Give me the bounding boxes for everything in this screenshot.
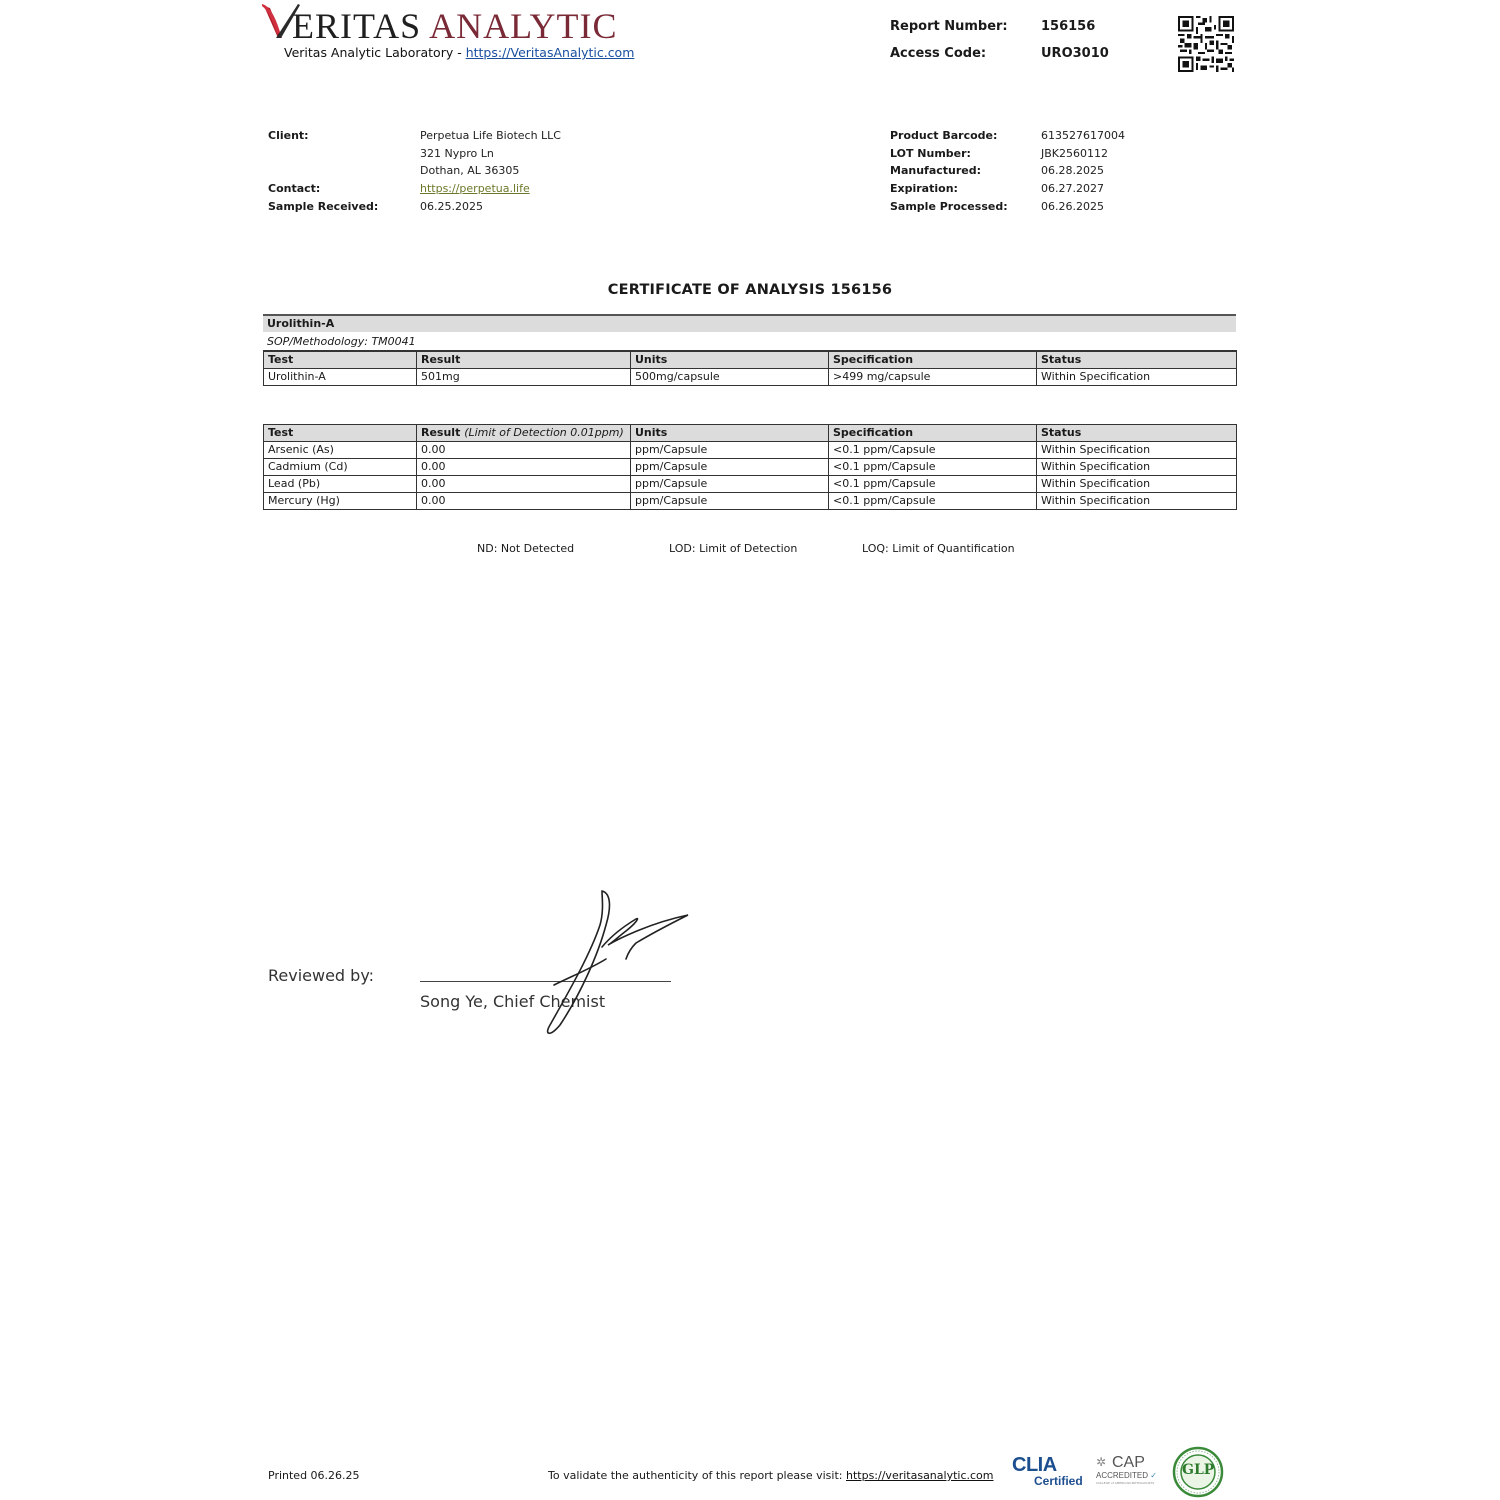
legend-nd: ND: Not Detected (477, 542, 574, 555)
cell-units: 500mg/capsule (631, 369, 829, 386)
cell-units: ppm/Capsule (631, 493, 829, 510)
section-name: Urolithin-A (267, 317, 334, 330)
product-barcode-label: Product Barcode: (890, 129, 997, 142)
cap-accredited-badge: ✲ CAP ACCREDITED ✓ COLLEGE of AMERICAN P… (1094, 1454, 1168, 1488)
printed-date: Printed 06.26.25 (268, 1469, 360, 1482)
cell-result: 0.00 (417, 442, 631, 459)
col-result: Result (Limit of Detection 0.01ppm) (417, 425, 631, 442)
veritas-logo: ERITAS ANALYTIC (262, 2, 642, 42)
cell-status: Within Specification (1037, 369, 1237, 386)
cell-result: 0.00 (417, 493, 631, 510)
cell-test: Arsenic (As) (264, 442, 417, 459)
cell-specification: <0.1 ppm/Capsule (829, 442, 1037, 459)
lab-line: Veritas Analytic Laboratory - https://Ve… (284, 45, 634, 60)
cell-specification: <0.1 ppm/Capsule (829, 493, 1037, 510)
cell-specification: <0.1 ppm/Capsule (829, 459, 1037, 476)
cell-test: Urolithin-A (264, 369, 417, 386)
table-header-row: Test Result (Limit of Detection 0.01ppm)… (264, 425, 1237, 442)
col-test: Test (264, 425, 417, 442)
contact-label: Contact: (268, 182, 320, 195)
signature-scribble-icon (540, 885, 700, 1045)
expiration-label: Expiration: (890, 182, 958, 195)
legend-lod: LOD: Limit of Detection (669, 542, 797, 555)
legend-loq: LOQ: Limit of Quantification (862, 542, 1015, 555)
potency-table: Test Result Units Specification Status U… (263, 350, 1237, 386)
report-number-label: Report Number: (890, 19, 1008, 34)
section-header: Urolithin-A (263, 316, 1236, 332)
cell-result: 0.00 (417, 459, 631, 476)
col-test: Test (264, 351, 417, 369)
sop-methodology: SOP/Methodology: TM0041 (267, 335, 416, 348)
table-row: Cadmium (Cd) 0.00 ppm/Capsule <0.1 ppm/C… (264, 459, 1237, 476)
cell-status: Within Specification (1037, 442, 1237, 459)
product-barcode: 613527617004 (1041, 129, 1125, 142)
certificate-title: CERTIFICATE OF ANALYSIS 156156 (0, 282, 1500, 298)
lot-number-label: LOT Number: (890, 147, 971, 160)
cell-specification: <0.1 ppm/Capsule (829, 476, 1037, 493)
cell-status: Within Specification (1037, 493, 1237, 510)
lod-note: (Limit of Detection 0.01ppm) (464, 426, 624, 439)
qr-code-icon[interactable] (1178, 16, 1234, 72)
cell-units: ppm/Capsule (631, 442, 829, 459)
reviewed-by-label: Reviewed by: (268, 966, 374, 985)
access-code-label: Access Code: (890, 46, 986, 61)
col-units: Units (631, 351, 829, 369)
table-row: Urolithin-A 501mg 500mg/capsule >499 mg/… (264, 369, 1237, 386)
table-header-row: Test Result Units Specification Status (264, 351, 1237, 369)
col-specification: Specification (829, 425, 1037, 442)
cell-test: Cadmium (Cd) (264, 459, 417, 476)
manufactured-label: Manufactured: (890, 164, 981, 177)
clia-certified-badge: CLIA Certified (1010, 1454, 1090, 1488)
lot-number: JBK2560112 (1041, 147, 1108, 160)
col-status: Status (1037, 351, 1237, 369)
cell-test: Lead (Pb) (264, 476, 417, 493)
sample-received-label: Sample Received: (268, 200, 378, 213)
col-units: Units (631, 425, 829, 442)
contact-link[interactable]: https://perpetua.life (420, 182, 530, 195)
cap-seal-icon: ✲ (1096, 1455, 1106, 1469)
glp-label: GLP (1182, 1462, 1214, 1478)
col-result: Result (417, 351, 631, 369)
sample-processed-label: Sample Processed: (890, 200, 1008, 213)
client-name: Perpetua Life Biotech LLC (420, 129, 561, 142)
cell-result: 0.00 (417, 476, 631, 493)
client-address-line1: 321 Nypro Ln (420, 147, 494, 160)
table-row: Arsenic (As) 0.00 ppm/Capsule <0.1 ppm/C… (264, 442, 1237, 459)
validate-line: To validate the authenticity of this rep… (548, 1469, 994, 1482)
manufactured-date: 06.28.2025 (1041, 164, 1104, 177)
cell-specification: >499 mg/capsule (829, 369, 1037, 386)
client-label: Client: (268, 129, 309, 142)
report-number: 156156 (1041, 19, 1095, 34)
validate-link[interactable]: https://veritasanalytic.com (846, 1469, 994, 1482)
sample-received-date: 06.25.2025 (420, 200, 483, 213)
col-specification: Specification (829, 351, 1037, 369)
table-row: Mercury (Hg) 0.00 ppm/Capsule <0.1 ppm/C… (264, 493, 1237, 510)
cell-status: Within Specification (1037, 476, 1237, 493)
cell-units: ppm/Capsule (631, 476, 829, 493)
cell-status: Within Specification (1037, 459, 1237, 476)
logo-wordmark: ERITAS ANALYTIC (292, 8, 618, 44)
table-row: Lead (Pb) 0.00 ppm/Capsule <0.1 ppm/Caps… (264, 476, 1237, 493)
heavy-metals-table: Test Result (Limit of Detection 0.01ppm)… (263, 424, 1237, 510)
cell-test: Mercury (Hg) (264, 493, 417, 510)
cell-units: ppm/Capsule (631, 459, 829, 476)
expiration-date: 06.27.2027 (1041, 182, 1104, 195)
cell-result: 501mg (417, 369, 631, 386)
sample-processed-date: 06.26.2025 (1041, 200, 1104, 213)
lab-website-link[interactable]: https://VeritasAnalytic.com (466, 45, 635, 60)
checkmark-icon: ✓ (1150, 1471, 1157, 1480)
client-address-line2: Dothan, AL 36305 (420, 164, 519, 177)
access-code: URO3010 (1041, 46, 1109, 61)
col-status: Status (1037, 425, 1237, 442)
